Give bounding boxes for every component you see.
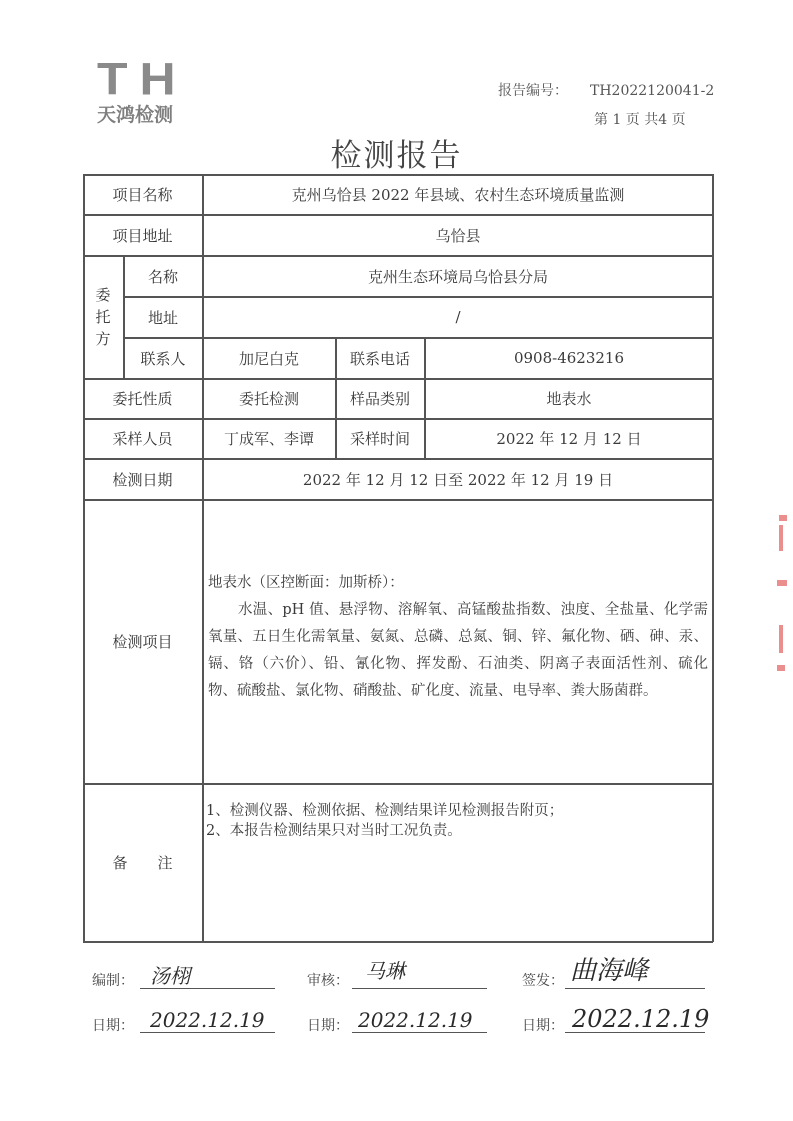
compiled-signature[interactable]: 汤栩 (150, 960, 190, 989)
client-address-label: 地址 (124, 297, 202, 337)
samplers-label: 采样人员 (83, 419, 202, 458)
compiled-date-line (140, 1032, 275, 1033)
client-group-char: 托 (95, 306, 110, 328)
issued-label: 签发： (522, 970, 564, 990)
issued-signature-line (565, 988, 705, 989)
reviewed-date[interactable]: 2022.12.19 (358, 1008, 473, 1032)
remarks-label: 备 注 (83, 784, 202, 941)
client-group-char: 委 (95, 284, 110, 306)
reviewed-label: 审核： (307, 970, 349, 990)
seal-stamp-fragment (767, 505, 789, 685)
table-border-bottom (83, 941, 713, 943)
reviewed-date-label: 日期： (307, 1015, 349, 1035)
contact-label: 联系人 (124, 338, 202, 378)
test-date-value: 2022 年 12 月 12 日至 2022 年 12 月 19 日 (203, 459, 713, 499)
remark-line: 1、检测仪器、检测依据、检测结果详见检测报告附页； (206, 801, 696, 821)
issued-date[interactable]: 2022.12.19 (572, 1005, 709, 1033)
report-number: 报告编号：TH2022120041-2 (498, 80, 714, 100)
reviewed-signature-line (352, 988, 487, 989)
client-name-value: 克州生态环境局乌恰县分局 (203, 256, 713, 296)
test-items-heading: 地表水（区控断面：加斯桥）： (208, 570, 708, 597)
remarks-content: 1、检测仪器、检测依据、检测结果详见检测报告附页； 2、本报告检测结果只对当时工… (206, 801, 696, 841)
test-items-content: 地表水（区控断面：加斯桥）： 水温、pH 值、悬浮物、溶解氧、高锰酸盐指数、浊度… (208, 570, 708, 705)
project-address-label: 项目地址 (83, 215, 202, 255)
report-number-label: 报告编号： (498, 80, 590, 100)
report-number-value: TH2022120041-2 (590, 83, 714, 99)
samplers-value: 丁成军、李谭 (203, 419, 335, 458)
project-name-label: 项目名称 (83, 174, 202, 214)
entrust-nature-value: 委托检测 (203, 379, 335, 418)
issued-date-label: 日期： (522, 1015, 564, 1035)
phone-label: 联系电话 (336, 338, 424, 378)
logo-company-name: 天鸿检测 (97, 100, 173, 127)
client-name-label: 名称 (124, 256, 202, 296)
remark-line: 2、本报告检测结果只对当时工况负责。 (206, 821, 696, 841)
logo-mark: TH (97, 57, 188, 102)
phone-value: 0908-4623216 (425, 338, 713, 378)
compiled-date[interactable]: 2022.12.19 (150, 1008, 265, 1032)
report-table: 项目名称 克州乌恰县 2022 年县域、农村生态环境质量监测 项目地址 乌恰县 … (83, 174, 713, 941)
compiled-label: 编制： (92, 970, 134, 990)
compiled-signature-line (140, 988, 275, 989)
issued-date-line (565, 1032, 705, 1033)
reviewed-date-line (352, 1032, 487, 1033)
project-address-value: 乌恰县 (203, 215, 713, 255)
issued-signature[interactable]: 曲海峰 (570, 950, 648, 987)
test-items-label: 检测项目 (83, 500, 202, 783)
sampling-time-label: 采样时间 (336, 419, 424, 458)
client-address-value: / (203, 297, 713, 337)
sample-type-value: 地表水 (425, 379, 713, 418)
entrust-nature-label: 委托性质 (83, 379, 202, 418)
document-title: 检测报告 (0, 130, 793, 175)
test-date-label: 检测日期 (83, 459, 202, 499)
contact-value: 加尼白克 (203, 338, 335, 378)
reviewed-signature[interactable]: 马琳 (365, 955, 405, 984)
sample-type-label: 样品类别 (336, 379, 424, 418)
client-group-label: 委 托 方 (83, 256, 123, 378)
client-group-char: 方 (95, 328, 110, 350)
company-logo: TH 天鸿检测 (95, 60, 215, 125)
sampling-time-value: 2022 年 12 月 12 日 (425, 419, 713, 458)
page-info: 第 1 页 共4 页 (594, 109, 686, 129)
compiled-date-label: 日期： (92, 1015, 134, 1035)
project-name-value: 克州乌恰县 2022 年县域、农村生态环境质量监测 (203, 174, 713, 214)
test-items-list: 水温、pH 值、悬浮物、溶解氧、高锰酸盐指数、浊度、全盐量、化学需氧量、五日生化… (208, 597, 708, 705)
